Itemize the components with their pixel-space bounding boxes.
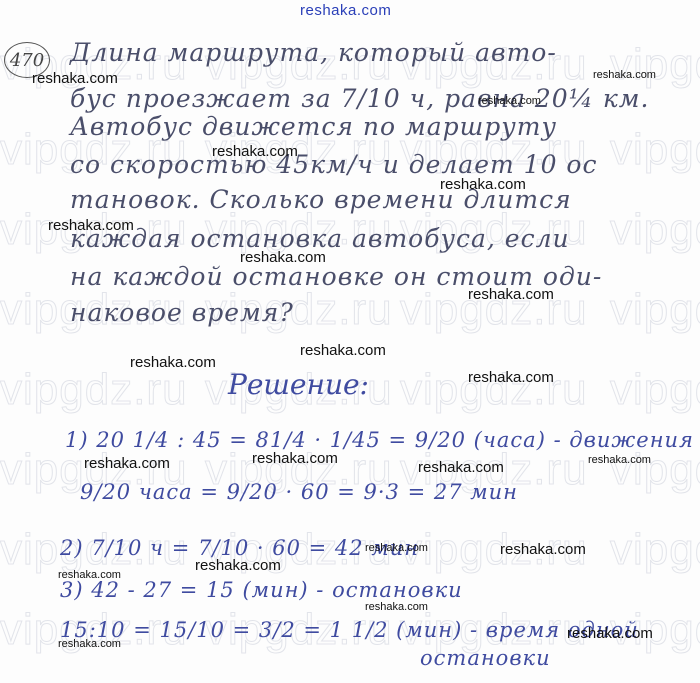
solution-step: 3) 42 - 27 = 15 (мин) - остановки	[60, 578, 463, 602]
problem-line: Длина маршрута, который авто-	[70, 38, 557, 67]
site-label: reshaka.com	[84, 455, 170, 472]
site-label: reshaka.com	[48, 217, 134, 234]
watermark: vipgdz.ru	[610, 125, 700, 175]
watermark: vipgdz.ru	[610, 365, 700, 415]
site-label: reshaka.com	[468, 369, 554, 386]
site-label: reshaka.com	[300, 342, 386, 359]
watermark: vipgdz.ru	[610, 525, 700, 575]
site-label: reshaka.com	[440, 176, 526, 193]
site-label: reshaka.com	[567, 625, 653, 642]
problem-line: бус проезжает за 7/10 ч, равна 20¼ км.	[70, 84, 649, 113]
watermark: vipgdz.ru	[610, 445, 700, 495]
solution-heading: Решение:	[228, 368, 369, 401]
watermark: vipgdz.ru	[610, 285, 700, 335]
site-label: reshaka.com	[588, 454, 651, 466]
site-label: reshaka.com	[593, 69, 656, 81]
site-label: reshaka.com	[212, 143, 298, 160]
site-label: reshaka.com	[58, 638, 121, 650]
site-label: reshaka.com	[478, 95, 541, 107]
site-label: reshaka.com	[500, 541, 586, 558]
site-label: reshaka.com	[58, 569, 121, 581]
site-label: reshaka.com	[468, 286, 554, 303]
site-label: reshaka.com	[252, 450, 338, 467]
watermark: vipgdz.ru	[0, 365, 188, 415]
watermark: vipgdz.ru	[610, 40, 700, 90]
site-label: reshaka.com	[418, 459, 504, 476]
site-label: reshaka.com	[130, 354, 216, 371]
site-label: reshaka.com	[32, 70, 118, 87]
site-label: reshaka.com	[195, 557, 281, 574]
solution-step: остановки	[420, 646, 551, 670]
site-label: reshaka.com	[365, 542, 428, 554]
scanned-page: vipgdz.ru vipgdz.ru vipgdz.ru vipgdz.ru …	[0, 0, 700, 683]
site-link-top[interactable]: reshaka.com	[300, 2, 391, 19]
site-label: reshaka.com	[365, 601, 428, 613]
solution-step: 1) 20 1/4 : 45 = 81/4 · 1/45 = 9/20 (час…	[65, 428, 694, 452]
problem-line: Автобус движется по маршруту	[70, 112, 557, 141]
problem-line: наковое время?	[70, 298, 294, 327]
site-label: reshaka.com	[240, 249, 326, 266]
solution-step: 15:10 = 15/10 = 3/2 = 1 1/2 (мин) - врем…	[60, 618, 639, 642]
problem-line: со скоростью 45км/ч и делает 10 ос	[70, 150, 597, 179]
solution-step: 9/20 часа = 9/20 · 60 = 9·3 = 27 мин	[80, 480, 518, 504]
watermark: vipgdz.ru	[610, 205, 700, 255]
